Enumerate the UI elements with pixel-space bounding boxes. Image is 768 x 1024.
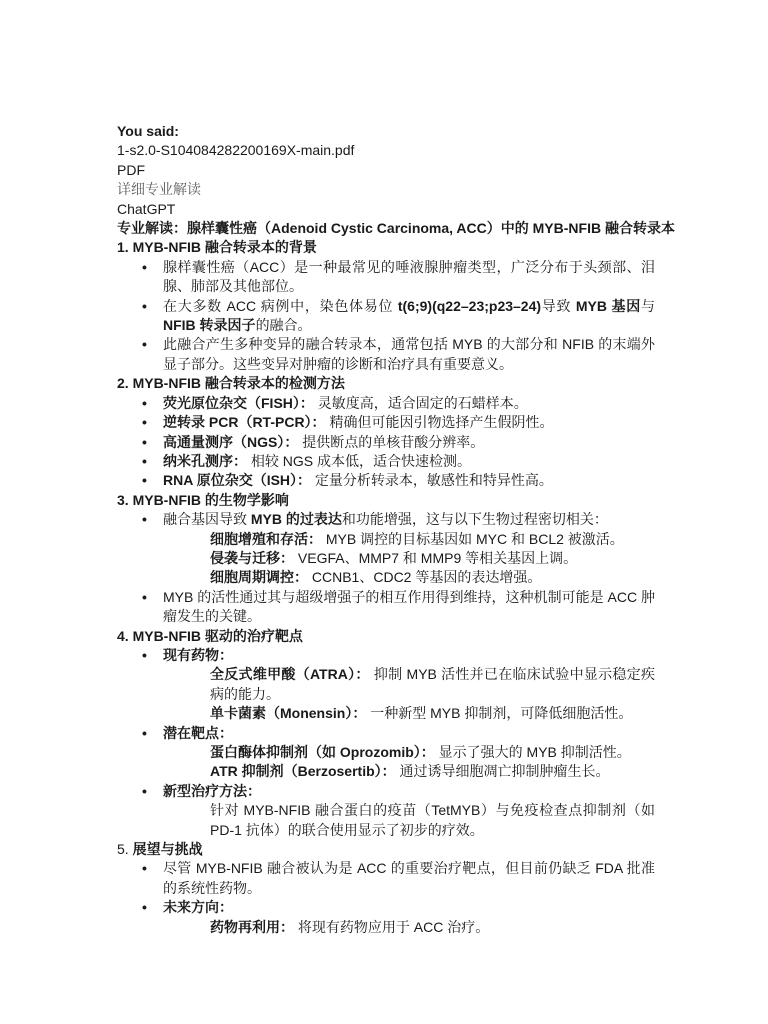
bullet-item: •纳米孔测序： 相较 NGS 成本低，适合快速检测。 (117, 452, 655, 471)
sub-item: 药物再利用： 将现有药物应用于 ACC 治疗。 (117, 918, 655, 937)
text-segment: 未来方向： (163, 899, 233, 915)
text-segment: 针对 MYB-NFIB 融合蛋白的疫苗（TetMYB）与免疫检查点抑制剂（如 P… (210, 802, 655, 837)
text-segment: 通过诱导细胞凋亡抑制肿瘤生长。 (396, 763, 610, 779)
text-segment: NFIB 转录因子 (163, 317, 256, 333)
text-segment: 蛋白酶体抑制剂（如 Oprozomib）： (210, 744, 435, 760)
bullet-icon: • (142, 588, 147, 607)
text-segment: 荧光原位杂交（FISH）： (163, 395, 314, 411)
text-segment: 新型治疗方法： (163, 783, 261, 799)
text-segment: MYB 的过表达 (251, 511, 342, 527)
bullet-item: •此融合产生多种变异的融合转录本，通常包括 MYB 的大部分和 NFIB 的末端… (117, 335, 655, 374)
sub-item: 全反式维甲酸（ATRA）： 抑制 MYB 活性并已在临床试验中显示稳定疾病的能力… (117, 665, 655, 704)
text-segment: 3. MYB-NFIB 的生物学影响 (117, 492, 289, 508)
bullet-icon: • (142, 898, 147, 917)
text-segment: 2. MYB-NFIB 融合转录本的检测方法 (117, 375, 345, 391)
text-segment: 1. MYB-NFIB 融合转录本的背景 (117, 239, 317, 255)
text-segment: 纳米孔测序： (163, 453, 247, 469)
bullet-icon: • (142, 297, 147, 316)
text-segment: 和功能增强，这与以下生物过程密切相关： (342, 511, 608, 527)
bullet-icon: • (142, 782, 147, 801)
bullet-item: •融合基因导致 MYB 的过表达和功能增强，这与以下生物过程密切相关： (117, 510, 655, 529)
sub-item: 侵袭与迁移： VEGFA、MMP7 和 MMP9 等相关基因上调。 (117, 549, 655, 568)
user-turn-label: You said: (117, 122, 655, 141)
text-segment: 高通量测序（NGS）： (163, 434, 298, 450)
user-message: 详细专业解读 (117, 180, 655, 199)
bullet-icon: • (142, 859, 147, 878)
bullet-item: •荧光原位杂交（FISH）： 灵敏度高，适合固定的石蜡样本。 (117, 394, 655, 413)
section-heading: 5. 展望与挑战 (117, 840, 655, 859)
text-segment: MYB 的活性通过其与超级增强子的相互作用得到维持，这种机制可能是 ACC 肿瘤… (163, 589, 655, 624)
section-heading: 专业解读：腺样囊性癌（Adenoid Cystic Carcinoma, ACC… (117, 219, 655, 238)
section-heading: 2. MYB-NFIB 融合转录本的检测方法 (117, 374, 655, 393)
text-segment: MYB 调控的目标基因如 MYC 和 BCL2 被激活。 (322, 531, 624, 547)
text-segment: 导致 (541, 298, 576, 314)
chat-transcript: You said: 1-s2.0-S104084282200169X-main.… (117, 122, 655, 937)
attachment-filename: 1-s2.0-S104084282200169X-main.pdf (117, 141, 655, 160)
text-segment: t(6;9)(q22–23;p23–24) (398, 298, 541, 314)
text-segment: 逆转录 PCR（RT-PCR）： (163, 414, 326, 430)
text-segment: 的融合。 (256, 317, 312, 333)
bullet-icon: • (142, 394, 147, 413)
sub-item: 细胞增殖和存活： MYB 调控的目标基因如 MYC 和 BCL2 被激活。 (117, 530, 655, 549)
text-segment: 精确但可能因引物选择产生假阴性。 (326, 414, 554, 430)
bullet-icon: • (142, 646, 147, 665)
text-segment: RNA 原位杂交（ISH）： (163, 472, 311, 488)
document-page: You said: 1-s2.0-S104084282200169X-main.… (0, 0, 768, 1024)
bullet-icon: • (142, 471, 147, 490)
text-segment: 尽管 MYB-NFIB 融合被认为是 ACC 的重要治疗靶点，但目前仍缺乏 FD… (163, 860, 655, 895)
text-segment: 潜在靶点： (163, 725, 233, 741)
bullet-item: •高通量测序（NGS）： 提供断点的单核苷酸分辨率。 (117, 433, 655, 452)
bullet-icon: • (142, 258, 147, 277)
text-segment: VEGFA、MMP7 和 MMP9 等相关基因上调。 (294, 550, 577, 566)
sub-item: 针对 MYB-NFIB 融合蛋白的疫苗（TetMYB）与免疫检查点抑制剂（如 P… (117, 801, 655, 840)
text-segment: 融合基因导致 (163, 511, 251, 527)
sub-item: ATR 抑制剂（Berzosertib）： 通过诱导细胞凋亡抑制肿瘤生长。 (117, 762, 655, 781)
bullet-icon: • (142, 335, 147, 354)
text-segment: 提供断点的单核苷酸分辨率。 (298, 434, 484, 450)
bullet-item: •新型治疗方法： (117, 782, 655, 801)
bullet-icon: • (142, 452, 147, 471)
text-segment: 一种新型 MYB 抑制剂，可降低细胞活性。 (366, 705, 632, 721)
document-content: 专业解读：腺样囊性癌（Adenoid Cystic Carcinoma, ACC… (117, 219, 655, 937)
text-segment: 侵袭与迁移： (210, 550, 294, 566)
bullet-item: •现有药物： (117, 646, 655, 665)
text-segment: MYB 基因 (576, 298, 641, 314)
text-segment: 单卡菌素（Monensin）： (210, 705, 366, 721)
bullet-item: •腺样囊性癌（ACC）是一种最常见的唾液腺肿瘤类型，广泛分布于头颈部、泪腺、肺部… (117, 258, 655, 297)
text-segment: 5. (117, 841, 133, 857)
text-segment: 全反式维甲酸（ATRA）： (210, 666, 370, 682)
text-segment: ATR 抑制剂（Berzosertib）： (210, 763, 396, 779)
text-segment: 在大多数 ACC 病例中，染色体易位 (163, 298, 398, 314)
assistant-turn-label: ChatGPT (117, 200, 655, 219)
section-heading: 3. MYB-NFIB 的生物学影响 (117, 491, 655, 510)
attachment-type-badge: PDF (117, 161, 655, 180)
text-segment: 现有药物： (163, 647, 233, 663)
bullet-icon: • (142, 724, 147, 743)
sub-item: 蛋白酶体抑制剂（如 Oprozomib）： 显示了强大的 MYB 抑制活性。 (117, 743, 655, 762)
text-segment: 腺样囊性癌（ACC）是一种最常见的唾液腺肿瘤类型，广泛分布于头颈部、泪腺、肺部及… (163, 259, 655, 294)
bullet-icon: • (142, 433, 147, 452)
bullet-item: •RNA 原位杂交（ISH）： 定量分析转录本，敏感性和特异性高。 (117, 471, 655, 490)
bullet-item: •尽管 MYB-NFIB 融合被认为是 ACC 的重要治疗靶点，但目前仍缺乏 F… (117, 859, 655, 898)
bullet-item: •在大多数 ACC 病例中，染色体易位 t(6;9)(q22–23;p23–24… (117, 297, 655, 336)
bullet-item: •潜在靶点： (117, 724, 655, 743)
bullet-icon: • (142, 510, 147, 529)
text-segment: 展望与挑战 (133, 841, 203, 857)
bullet-item: •MYB 的活性通过其与超级增强子的相互作用得到维持，这种机制可能是 ACC 肿… (117, 588, 655, 627)
text-segment: 与 (641, 298, 655, 314)
text-segment: 将现有药物应用于 ACC 治疗。 (294, 919, 489, 935)
text-segment: 此融合产生多种变异的融合转录本，通常包括 MYB 的大部分和 NFIB 的末端外… (163, 336, 655, 371)
sub-item: 细胞周期调控： CCNB1、CDC2 等基因的表达增强。 (117, 568, 655, 587)
text-segment: 显示了强大的 MYB 抑制活性。 (435, 744, 631, 760)
text-segment: 4. MYB-NFIB 驱动的治疗靶点 (117, 628, 303, 644)
sub-item: 单卡菌素（Monensin）： 一种新型 MYB 抑制剂，可降低细胞活性。 (117, 704, 655, 723)
text-segment: 灵敏度高，适合固定的石蜡样本。 (314, 395, 528, 411)
bullet-item: •逆转录 PCR（RT-PCR）： 精确但可能因引物选择产生假阴性。 (117, 413, 655, 432)
bullet-icon: • (142, 413, 147, 432)
text-segment: CCNB1、CDC2 等基因的表达增强。 (308, 569, 541, 585)
section-heading: 1. MYB-NFIB 融合转录本的背景 (117, 238, 655, 257)
text-segment: 相较 NGS 成本低，适合快速检测。 (247, 453, 471, 469)
text-segment: 细胞周期调控： (210, 569, 308, 585)
bullet-item: •未来方向： (117, 898, 655, 917)
text-segment: 细胞增殖和存活： (210, 531, 322, 547)
section-heading: 4. MYB-NFIB 驱动的治疗靶点 (117, 627, 655, 646)
text-segment: 专业解读：腺样囊性癌（Adenoid Cystic Carcinoma, ACC… (117, 220, 675, 236)
text-segment: 药物再利用： (210, 919, 294, 935)
text-segment: 定量分析转录本，敏感性和特异性高。 (311, 472, 553, 488)
